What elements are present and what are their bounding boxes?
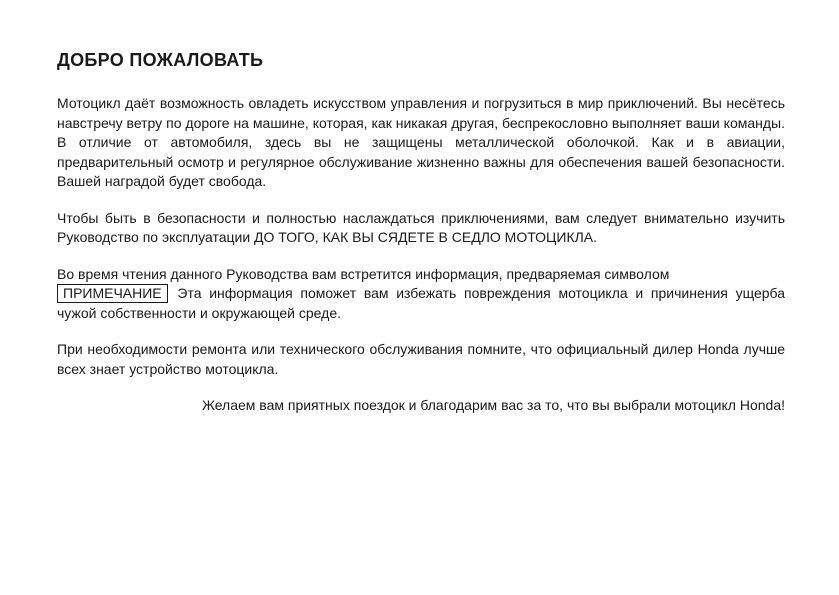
closing-line: Желаем вам приятных поездок и благодарим… <box>57 396 785 416</box>
manual-welcome-page: ДОБРО ПОЖАЛОВАТЬ Мотоцикл даёт возможнос… <box>0 0 839 595</box>
dealer-paragraph: При необходимости ремонта или техническо… <box>57 340 785 379</box>
intro-paragraph: Мотоцикл даёт возможность овладеть искус… <box>57 94 785 192</box>
note-paragraph: Во время чтения данного Руководства вам … <box>57 265 785 324</box>
page-title: ДОБРО ПОЖАЛОВАТЬ <box>57 50 785 71</box>
note-badge: ПРИМЕЧАНИЕ <box>57 284 168 303</box>
safety-paragraph: Чтобы быть в безопасности и полностью на… <box>57 209 785 248</box>
note-paragraph-line1: Во время чтения данного Руководства вам … <box>57 266 669 282</box>
